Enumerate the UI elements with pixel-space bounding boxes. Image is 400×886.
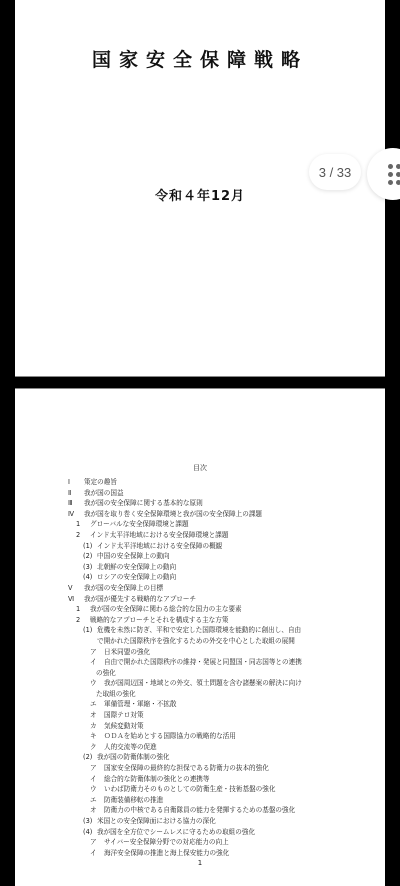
toc-item: オ防衛力の中核である自衛隊員の能力を発揮するための基盤の強化	[68, 805, 348, 816]
toc-item: (4)ロシアの安全保障上の動向	[68, 572, 348, 583]
toc-item: (1)危機を未然に防ぎ、平和で安定した国際環境を能動的に創出し、自由	[68, 625, 348, 636]
toc-item: 1我が国の安全保障に関わる総合的な国力の主な要素	[68, 604, 348, 615]
toc-item-continuation: た取組の強化	[68, 689, 348, 700]
toc-item: カ気候変動対策	[68, 721, 348, 732]
toc-item: (2)我が国の防衛体制の強化	[68, 752, 348, 763]
toc-item: ア日米同盟の強化	[68, 647, 348, 658]
toc-item: ア国家安全保障の最終的な担保である防衛力の抜本的強化	[68, 763, 348, 774]
toc-item: キＯＤＡを始めとする国際協力の戦略的な活用	[68, 731, 348, 742]
toc-item: オ国際テロ対策	[68, 710, 348, 721]
toc-item: イ自由で開かれた国際秩序の維持・発展と同盟国・同志国等との連携	[68, 657, 348, 668]
toc-heading: 目次	[15, 463, 385, 473]
toc-item: ウいわば防衛力そのものとしての防衛生産・技術基盤の強化	[68, 784, 348, 795]
toc-item: Ⅲ我が国の安全保障に関する基本的な原則	[68, 498, 348, 509]
toc-item: (2)中国の安全保障上の動向	[68, 551, 348, 562]
toc-item: 1グローバルな安全保障環境と課題	[68, 519, 348, 530]
toc-item: イ海洋安全保障の推進と海上保安能力の強化	[68, 848, 348, 859]
toc-item: (4)我が国を全方位でシームレスに守るための取組の強化	[68, 827, 348, 838]
document-title: 国家安全保障戦略	[15, 45, 385, 72]
toc-item: イ総合的な防衛体制の強化との連携等	[68, 774, 348, 785]
toc-item-continuation: で開かれた国際秩序を強化するための外交を中心とした取組の展開	[68, 636, 348, 647]
toc-item: Ⅳ我が国を取り巻く安全保障環境と我が国の安全保障上の課題	[68, 509, 348, 520]
grid-dots-icon	[388, 164, 400, 185]
page-indicator: 3 / 33	[309, 154, 361, 190]
page-number: 1	[15, 859, 385, 867]
toc-item: 2戦略的なアプローチとそれを構成する主な方策	[68, 615, 348, 626]
toc-item: (3)米国との安全保障面における協力の深化	[68, 816, 348, 827]
toc-item: エ軍備管理・軍縮・不拡散	[68, 699, 348, 710]
toc-item: Ⅵ我が国が優先する戦略的なアプローチ	[68, 594, 348, 605]
toc-list: Ⅰ策定の趣旨 Ⅱ我が国の国益 Ⅲ我が国の安全保障に関する基本的な原則 Ⅳ我が国を…	[68, 477, 348, 858]
toc-item: Ⅱ我が国の国益	[68, 488, 348, 499]
toc-item-continuation: の強化	[68, 668, 348, 679]
toc-item: (1)インド太平洋地域における安全保障の概観	[68, 541, 348, 552]
toc-item: アサイバー安全保障分野での対応能力の向上	[68, 837, 348, 848]
toc-item: ク人的交流等の促進	[68, 742, 348, 753]
toc-item: ウ我が国周辺国・地域との外交、領土問題を含む諸懸案の解決に向け	[68, 678, 348, 689]
toc-item: エ防衛装備移転の推進	[68, 795, 348, 806]
toc-item: 2インド太平洋地域における安全保障環境と課題	[68, 530, 348, 541]
pdf-page-table-of-contents: 目次 Ⅰ策定の趣旨 Ⅱ我が国の国益 Ⅲ我が国の安全保障に関する基本的な原則 Ⅳ我…	[15, 388, 385, 886]
toc-item: (3)北朝鮮の安全保障上の動向	[68, 562, 348, 573]
toc-item: Ⅴ我が国の安全保障上の目標	[68, 583, 348, 594]
toc-item: Ⅰ策定の趣旨	[68, 477, 348, 488]
